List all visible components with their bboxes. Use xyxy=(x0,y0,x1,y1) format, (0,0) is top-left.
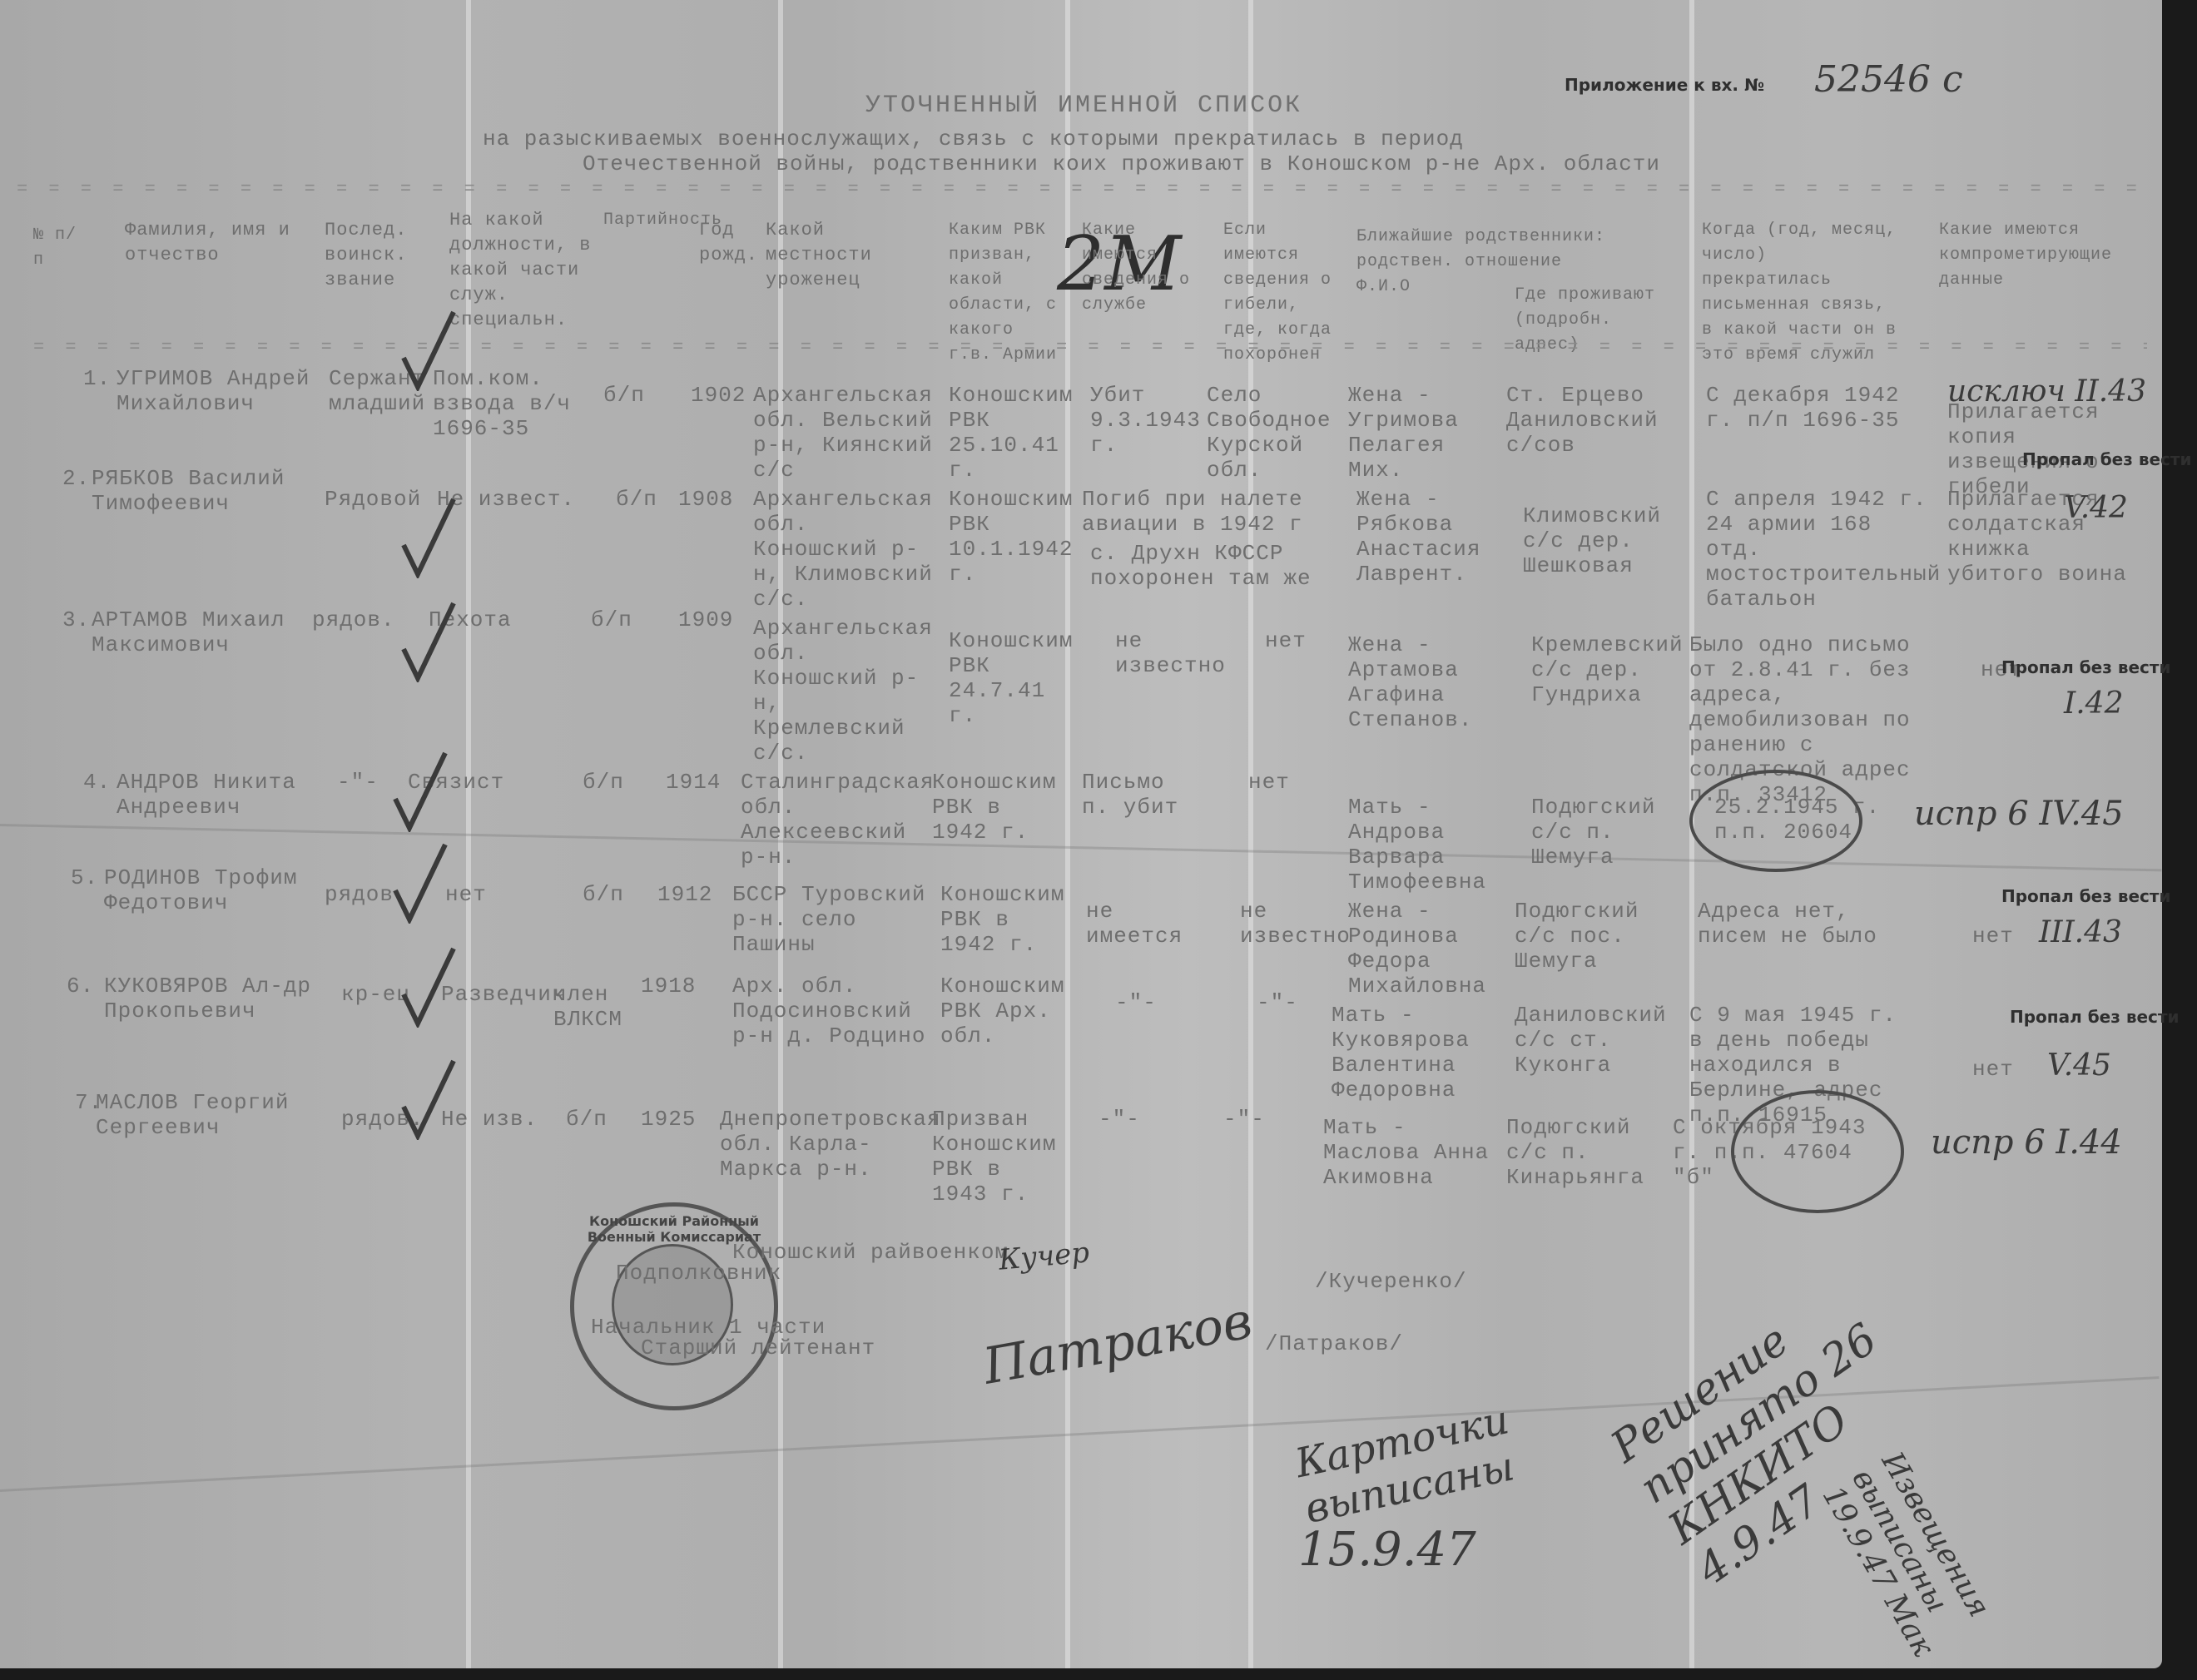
row-handwritten-note: испр 6 IV.45 xyxy=(1914,795,2124,833)
row-name: РЯБКОВ Василий Тимофеевич xyxy=(92,466,325,516)
header-party: Партийность xyxy=(603,208,695,233)
missing-stamp: Пропал без вести xyxy=(2010,1007,2180,1027)
row-origin: Архангельская обл. Коношский р-н, Климов… xyxy=(753,487,945,612)
row-service-info: Убит 9.3.1943 г. xyxy=(1090,383,1215,458)
header-compromising: Какие имеются компрометирующие данные xyxy=(1939,218,2105,293)
row-handwritten-note: V.42 xyxy=(2064,491,2128,525)
official-seal: Коношский Районный Военный Комиссариат xyxy=(570,1202,778,1410)
row-address: Подюгский с/с пос. Шемуга xyxy=(1515,899,1656,974)
row-birth-year: 1912 xyxy=(657,882,712,907)
row-address: Кремлевский с/с дер. Гундриха xyxy=(1531,632,1689,707)
row-handwritten-note: исключ II.43 xyxy=(1947,374,2146,409)
row-num: 6. xyxy=(67,974,94,999)
missing-stamp: Пропал без вести xyxy=(2001,886,2171,906)
row-name: АНДРОВ Никита Андреевич xyxy=(117,770,350,820)
handwritten-note-cards: Карточки выписаны xyxy=(1292,1390,1555,1533)
checkmark-icon xyxy=(391,840,449,924)
row-service-info: Письмо п. убит xyxy=(1082,770,1198,820)
row-relative: Мать - Куковярова Валентина Федоровна xyxy=(1332,1003,1498,1103)
row-handwritten-note: I.42 xyxy=(2064,686,2123,721)
row-death-burial: с. Друхн КФССР похоронен там же xyxy=(1090,541,1348,591)
row-drafted: Коношским РВК в 1942 г. xyxy=(940,882,1065,957)
circled-mark xyxy=(1731,1090,1904,1213)
header-service-info: Какие имеются сведения о службе xyxy=(1082,218,1207,318)
checkmark-icon xyxy=(399,495,458,578)
checkmark-icon xyxy=(399,308,458,391)
checkmark-icon xyxy=(391,749,449,832)
row-death-burial: -"- xyxy=(1257,990,1298,1015)
row-compromising: нет xyxy=(1972,1057,2014,1082)
table-row: 7. МАСЛОВ Георгий Сергеевич рядов. Не из… xyxy=(0,1090,2162,1207)
missing-stamp: Пропал без вести xyxy=(2022,449,2192,469)
checkmark-icon xyxy=(399,599,458,682)
row-rank: -"- xyxy=(337,770,379,795)
row-drafted: Коношским РВК в 1942 г. xyxy=(932,770,1065,845)
row-relative: Мать - Маслова Анна Акимовна xyxy=(1323,1115,1506,1190)
table-row: 6. КУКОВЯРОВ Ал-др Прокопьевич кр-ец Раз… xyxy=(0,974,2162,1082)
row-death-burial: -"- xyxy=(1223,1107,1265,1132)
archival-document-sheet: Приложение к вх. № 52546 с УТОЧНЕННЫЙ ИМ… xyxy=(0,0,2162,1668)
row-address: Подюгский с/с п. Шемуга xyxy=(1531,795,1656,870)
row-service-info: Погиб при налете авиации в 1942 г xyxy=(1082,487,1348,537)
row-drafted: Призван Коношским РВК в 1943 г. xyxy=(932,1107,1065,1207)
row-name: МАСЛОВ Георгий Сергеевич xyxy=(96,1090,329,1140)
row-name: КУКОВЯРОВ Ал-др Прокопьевич xyxy=(104,974,320,1023)
row-name: АРТАМОВ Михаил Максимович xyxy=(92,607,308,657)
row-last-contact: С декабря 1942 г. п/п 1696-35 xyxy=(1706,383,1939,433)
row-birth-year: 1902 xyxy=(691,383,746,408)
header-birth-year: Год рожд. xyxy=(699,218,757,268)
row-party: б/п xyxy=(583,770,624,795)
row-birth-year: 1925 xyxy=(641,1107,696,1132)
table-row: 1. УГРИМОВ Андрей Михайлович Сержант мла… xyxy=(0,366,2162,474)
row-handwritten-note: испр 6 I.44 xyxy=(1931,1123,2122,1162)
row-handwritten-note: V.45 xyxy=(2047,1048,2111,1083)
appendix-stamp: Приложение к вх. № xyxy=(1565,75,1764,95)
row-address: Климовский с/с дер. Шешковая xyxy=(1523,503,1681,578)
header-position: На какой должности, в какой части служ. … xyxy=(449,208,599,333)
checkmark-icon xyxy=(399,944,458,1028)
checkmark-icon xyxy=(399,1057,458,1140)
row-position: нет xyxy=(445,882,487,907)
row-death-burial: нет xyxy=(1248,770,1290,795)
row-party: б/п xyxy=(591,607,632,632)
signature-patrakov: Патраков xyxy=(979,1291,1256,1396)
row-drafted: Коношским РВК 10.1.1942 г. xyxy=(949,487,1065,587)
row-service-info: не известно xyxy=(1115,628,1215,678)
row-num: 4. xyxy=(83,770,111,795)
table-row: 5. РОДИНОВ Трофим Федотович рядов. нет б… xyxy=(0,865,2162,957)
row-origin: БССР Туровский р-н. село Пашины xyxy=(732,882,932,957)
handwritten-note-cards-date: 15.9.47 xyxy=(1298,1523,1476,1577)
row-num: 1. xyxy=(83,366,111,391)
row-death-burial: не известно xyxy=(1240,899,1323,949)
row-name: РОДИНОВ Трофим Федотович xyxy=(104,865,320,915)
table-row: 2. РЯБКОВ Василий Тимофеевич Рядовой Не … xyxy=(0,466,2162,607)
row-handwritten-note: III.43 xyxy=(2039,915,2122,949)
row-address: Даниловский с/с ст. Куконга xyxy=(1515,1003,1664,1078)
header-name: Фамилия, имя и отчество xyxy=(125,218,308,268)
row-num: 2. xyxy=(62,466,90,491)
row-compromising: нет xyxy=(1972,924,2014,949)
row-num: 3. xyxy=(62,607,90,632)
row-party: б/п xyxy=(583,882,624,907)
row-origin: Днепропетровская обл. Карла-Маркса р-н. xyxy=(720,1107,920,1182)
row-origin: Архангельская обл. Коношский р-н, Кремле… xyxy=(753,616,945,766)
signatory-2-name: /Патраков/ xyxy=(1265,1331,1403,1356)
table-row: 3. АРТАМОВ Михаил Максимович рядов. Пехо… xyxy=(0,607,2162,749)
document-title: УТОЧНЕННЫЙ ИМЕННОЙ СПИСОК xyxy=(865,92,1302,120)
row-birth-year: 1918 xyxy=(641,974,696,999)
document-subtitle-line1: на разыскиваемых военнослужащих, связь с… xyxy=(483,126,1464,151)
header-origin: Какой местности уроженец xyxy=(766,218,924,293)
row-party: б/п xyxy=(603,383,645,408)
row-party: б/п xyxy=(616,487,657,512)
row-rank: Рядовой xyxy=(325,487,391,512)
row-death-burial: нет xyxy=(1265,628,1307,653)
row-rank: рядов. xyxy=(312,607,395,632)
row-num: 5. xyxy=(71,865,98,890)
circled-mark xyxy=(1689,770,1862,872)
row-drafted: Коношским РВК 24.7.41 г. xyxy=(949,628,1065,728)
document-subtitle-line2: Отечественной войны, родственники коих п… xyxy=(583,151,1660,176)
row-address: Подюгский с/с п. Кинарьянга xyxy=(1506,1115,1656,1190)
handwritten-note-notices: Извещения выписаны 19.9.47 Мак xyxy=(1816,1446,2013,1680)
archive-number: 52546 с xyxy=(1814,58,1963,101)
header-rank: Послед. воинск. звание xyxy=(325,218,433,293)
row-birth-year: 1914 xyxy=(666,770,721,795)
row-birth-year: 1909 xyxy=(678,607,733,632)
row-service-info: не имеется xyxy=(1086,899,1178,949)
row-party: б/п xyxy=(566,1107,608,1132)
row-name: УГРИМОВ Андрей Михайлович xyxy=(117,366,316,416)
row-party: член ВЛКСМ xyxy=(553,982,628,1032)
row-address: Ст. Ерцево Даниловский с/сов xyxy=(1506,383,1673,458)
row-service-info: -"- xyxy=(1115,990,1157,1015)
signatory-1-rank: Подполковник xyxy=(616,1261,781,1286)
row-drafted: Коношским РВК Арх. обл. xyxy=(940,974,1065,1048)
row-last-contact: С апреля 1942 г. 24 армии 168 отд. мосто… xyxy=(1706,487,1939,612)
row-service-info: -"- xyxy=(1098,1107,1140,1132)
header-bottom-rule: = = = = = = = = = = = = = = = = = = = = … xyxy=(33,337,2147,358)
row-last-contact: Адреса нет, писем не было xyxy=(1698,899,1914,949)
signatory-1-name: /Кучеренко/ xyxy=(1315,1269,1467,1294)
header-rule: = = = = = = = = = = = = = = = = = = = = … xyxy=(17,179,2147,200)
signatory-2-rank: Старший лейтенант xyxy=(641,1336,875,1360)
signature-kucherenko: Кучер xyxy=(997,1236,1090,1276)
table-row: 4. АНДРОВ Никита Андреевич -"- Связист б… xyxy=(0,770,2162,861)
row-origin: Арх. обл. Подосиновский р-н д. Родцино xyxy=(732,974,932,1048)
row-relative: Жена - Рябкова Анастасия Лаврент. xyxy=(1356,487,1506,587)
row-birth-year: 1908 xyxy=(678,487,733,512)
row-relative: Жена - Артамова Агафина Степанов. xyxy=(1348,632,1515,732)
header-num: № п/п xyxy=(33,223,83,273)
missing-stamp: Пропал без вести xyxy=(2001,657,2171,677)
row-origin: Сталинградская обл. Алексеевский р-н. xyxy=(741,770,932,870)
